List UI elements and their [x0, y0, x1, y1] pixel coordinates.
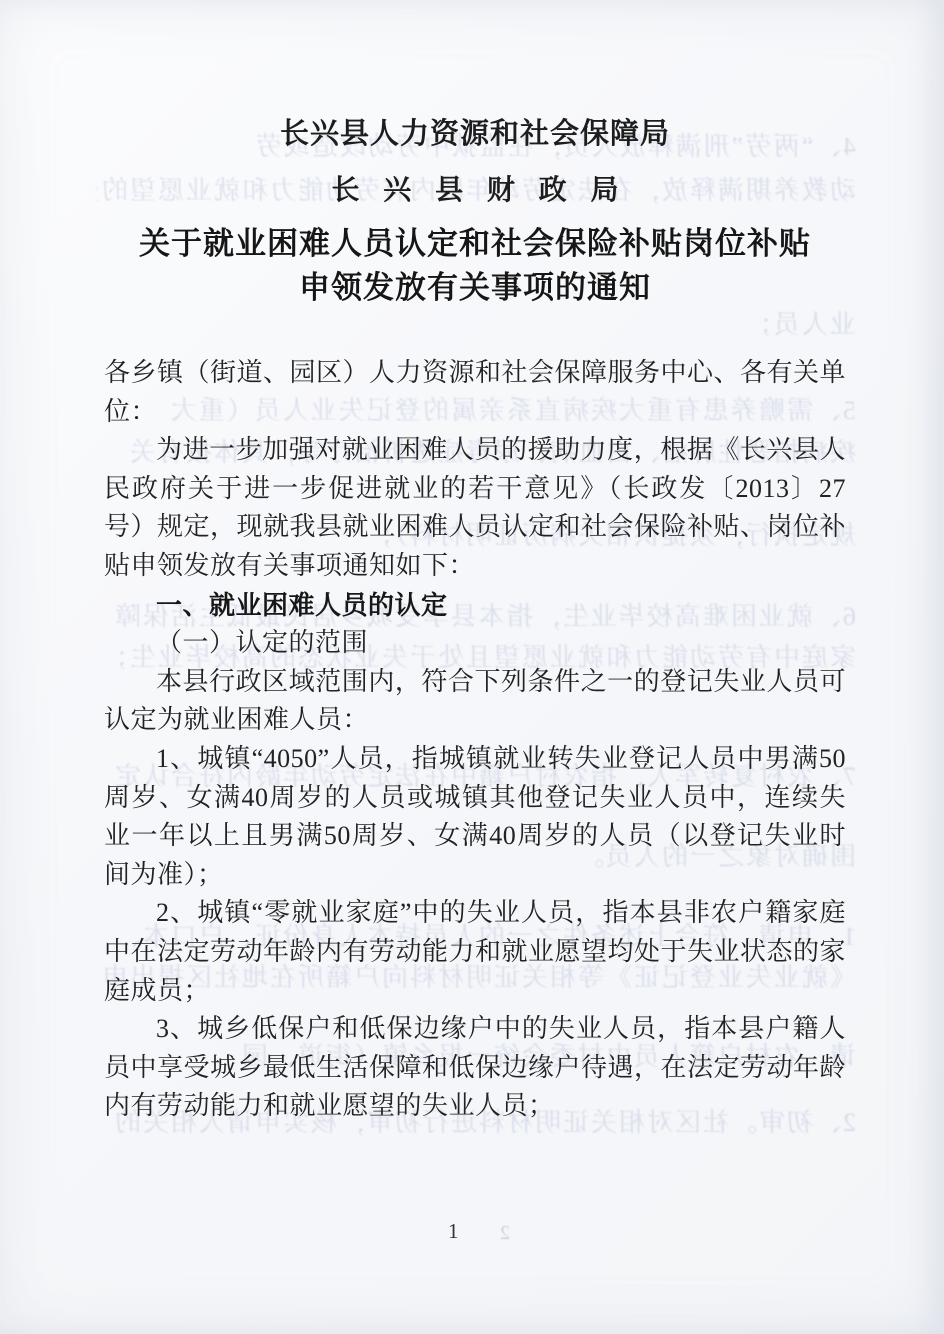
document-title: 关于就业困难人员认定和社会保险补贴岗位补贴 申领发放有关事项的通知: [104, 222, 846, 310]
page-number: 1: [448, 1219, 459, 1244]
scanned-document-page: 4、“两劳”刑满释放人员，在监狱中劳动改造或劳 动教养期满释放，在法定劳动年龄内…: [0, 0, 944, 1334]
section-heading-1: 一、就业困难人员的认定: [104, 586, 846, 625]
issuing-org-line1: 长兴县人力资源和社会保障局: [104, 116, 846, 152]
document-content: 长兴县人力资源和社会保障局 长兴县财政局 关于就业困难人员认定和社会保险补贴岗位…: [104, 0, 846, 1126]
subsection-heading-1-1: （一）认定的范围: [104, 624, 846, 663]
salutation: 各乡镇（街道、园区）人力资源和社会保障服务中心、各有关单位：: [104, 354, 846, 431]
paragraph-item-3: 3、城乡低保户和低保边缘户中的失业人员，指本县户籍人员中享受城乡最低生活保障和低…: [104, 1010, 846, 1126]
paragraph-item-1: 1、城镇“4050”人员，指城镇就业转失业登记人员中男满50周岁、女满40周岁的…: [104, 740, 846, 894]
paragraph-scope: 本县行政区域范围内，符合下列条件之一的登记失业人员可认定为就业困难人员：: [104, 663, 846, 740]
bleed-page-number: 2: [500, 1222, 510, 1245]
document-title-line2: 申领发放有关事项的通知: [104, 266, 846, 310]
issuing-org-line2: 长兴县财政局: [104, 172, 846, 208]
paragraph-intro: 为进一步加强对就业困难人员的援助力度，根据《长兴县人民政府关于进一步促进就业的若…: [104, 431, 846, 585]
document-body: 各乡镇（街道、园区）人力资源和社会保障服务中心、各有关单位： 为进一步加强对就业…: [104, 354, 846, 1126]
document-title-line1: 关于就业困难人员认定和社会保险补贴岗位补贴: [104, 222, 846, 266]
paragraph-item-2: 2、城镇“零就业家庭”中的失业人员，指本县非农户籍家庭中在法定劳动年龄内有劳动能…: [104, 894, 846, 1010]
